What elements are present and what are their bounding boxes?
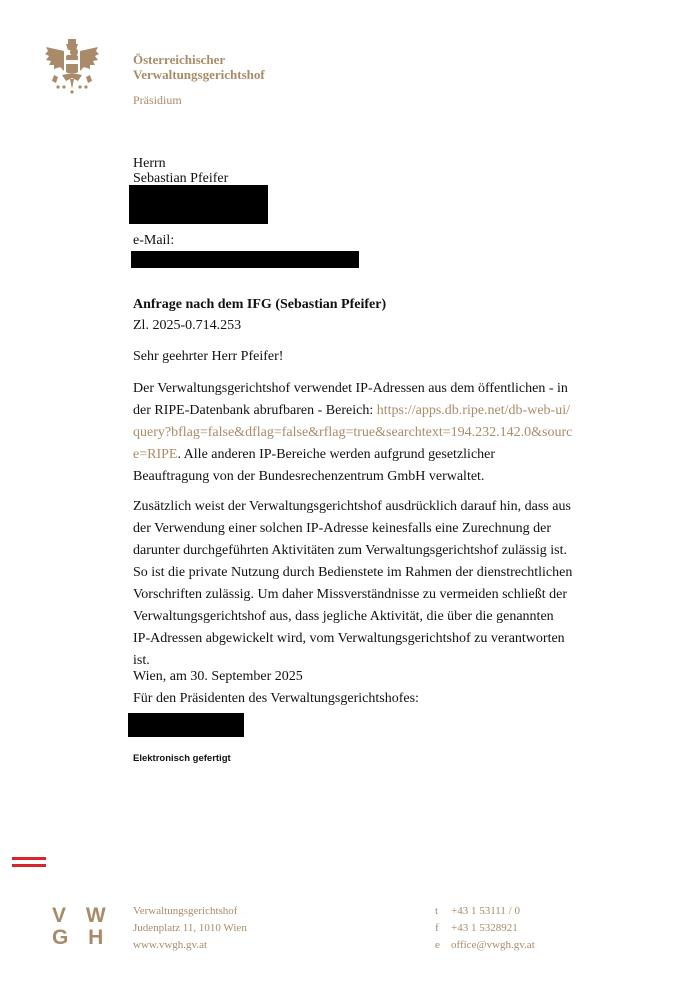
footer-phone: t+43 1 53111 / 0 [435,903,535,920]
recipient-block: Herrn Sebastian Pfeifer [133,156,228,186]
redacted-email [131,251,359,268]
flag-stripe-bottom [12,864,46,867]
footer-website[interactable]: www.vwgh.gv.at [133,937,247,954]
department-label: Präsidium [133,93,182,108]
phone-value: +43 1 53111 / 0 [451,905,520,917]
vwgh-logo-row1: V W [52,905,113,927]
signature-note: Elektronisch gefertigt [133,753,231,764]
organization-name-line1: Österreichischer [133,52,265,67]
footer-contacts: t+43 1 53111 / 0 f+43 1 5328921 eoffice@… [435,903,535,954]
phone-key: t [435,903,451,920]
footer-street: Judenplatz 11, 1010 Wien [133,920,247,937]
vwgh-logo-row2: G H [52,927,113,949]
subject-title: Anfrage nach dem IFG (Sebastian Pfeifer) [133,297,386,313]
footer-email: eoffice@vwgh.gv.at [435,937,535,954]
paragraph-ip-ranges: Der Verwaltungsgerichtshof verwendet IP-… [133,378,573,488]
fax-value: +43 1 5328921 [451,922,518,934]
place-date: Wien, am 30. September 2025 [133,669,303,685]
paragraph-text: . Alle anderen IP-Bereiche werden aufgru… [133,447,495,484]
organization-name-line2: Verwaltungsgerichtshof [133,67,265,82]
federal-eagle-icon [44,37,100,95]
reference-number: Zl. 2025-0.714.253 [133,318,241,334]
vwgh-logo: V W G H [52,905,113,949]
redacted-signer [128,713,244,737]
redacted-address [129,185,268,224]
email-value[interactable]: office@vwgh.gv.at [451,939,535,951]
on-behalf-line: Für den Präsidenten des Verwaltungsgeric… [133,691,419,707]
fax-key: f [435,920,451,937]
greeting: Sehr geehrter Herr Pfeifer! [133,349,283,365]
footer-address: Verwaltungsgerichtshof Judenplatz 11, 10… [133,903,247,954]
flag-stripe-top [12,857,46,860]
footer-fax: f+43 1 5328921 [435,920,535,937]
organization-name: Österreichischer Verwaltungsgerichtshof [133,52,265,82]
email-key: e [435,937,451,954]
footer-org: Verwaltungsgerichtshof [133,903,247,920]
recipient-name: Sebastian Pfeifer [133,171,228,186]
paragraph-disclaimer: Zusätzlich weist der Verwaltungsgerichts… [133,496,573,672]
email-label: e-Mail: [133,233,174,249]
recipient-salutation: Herrn [133,156,228,171]
